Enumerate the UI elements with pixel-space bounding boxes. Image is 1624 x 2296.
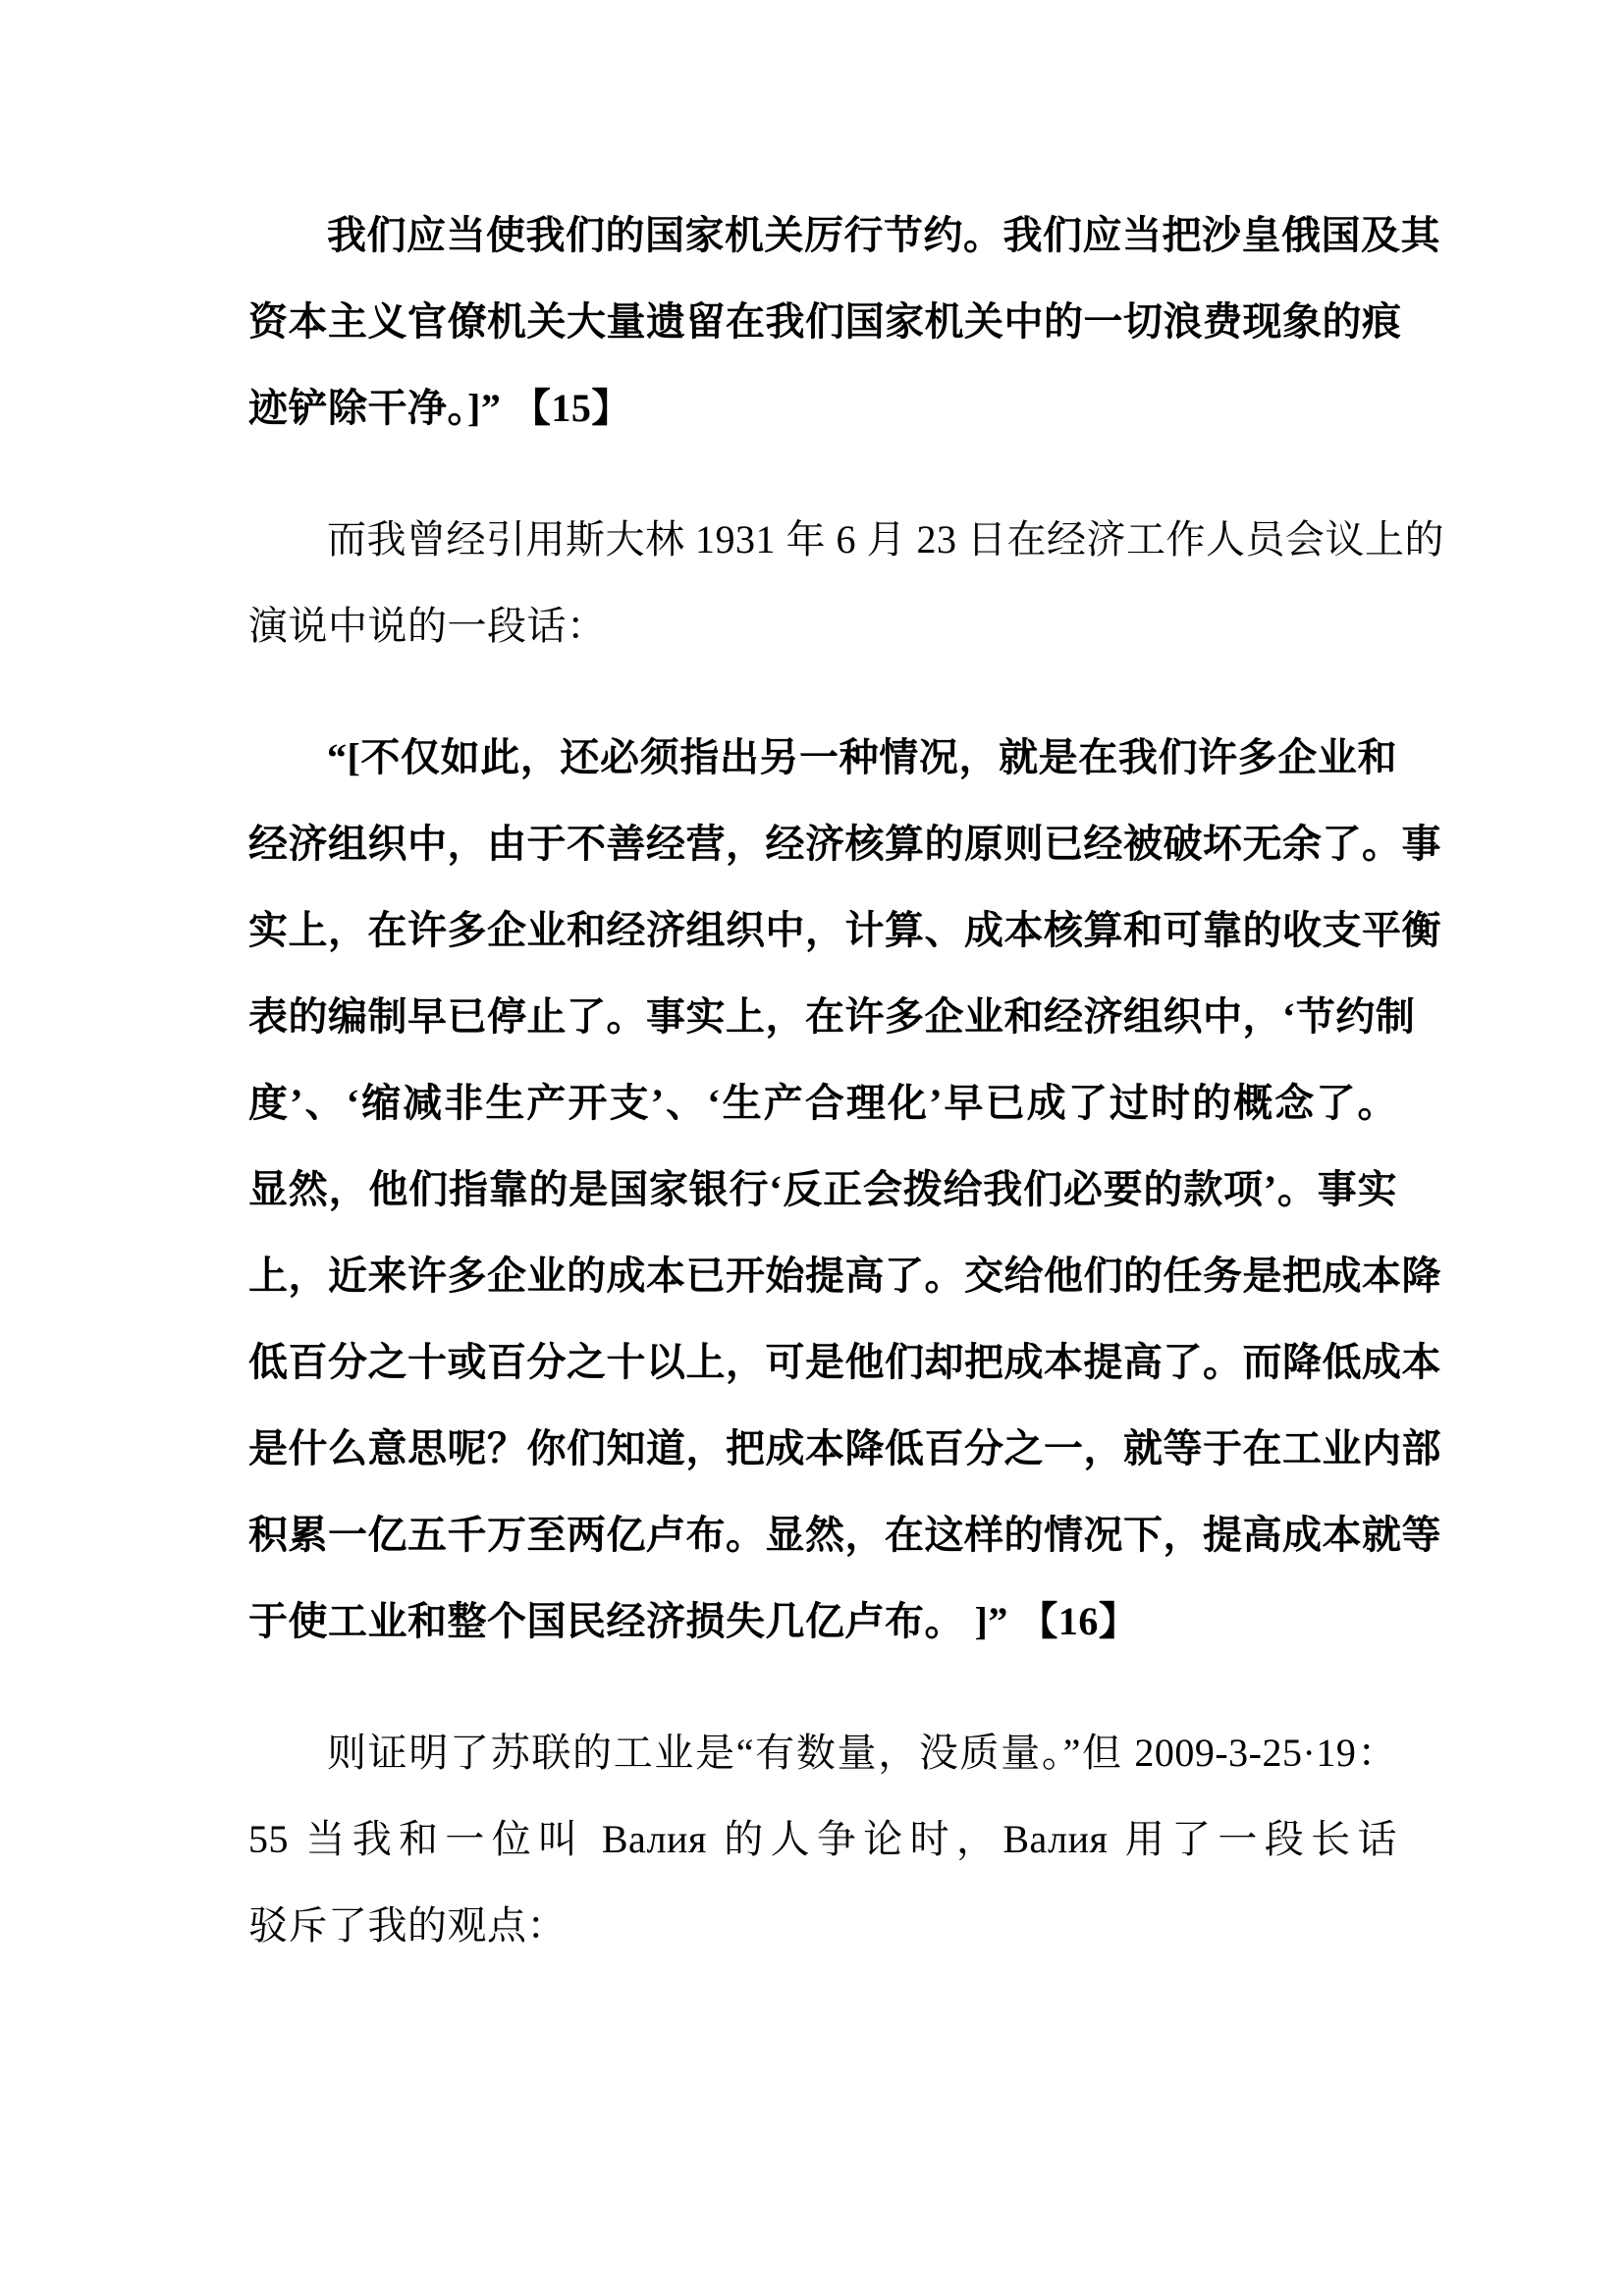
paragraph-quote-16: “[不仅如此，还必须指出另一种情况，就是在我们许多企业和经济组织中，由于不善经营… <box>248 715 1397 1665</box>
text-line: 演说中说的一段话： <box>248 583 1397 669</box>
text-line: 低百分之十或百分之十以上，可是他们却把成本提高了。而降低成本 <box>248 1319 1397 1406</box>
paragraph-narration-valiya: 则证明了苏联的工业是“有数量，没质量。”但 2009-3-25·19：55 当我… <box>248 1710 1397 1969</box>
text-line: 于使工业和整个国民经济损失几亿卢布。 ]” 【16】 <box>248 1578 1397 1665</box>
paragraph-narration-stalin-intro: 而我曾经引用斯大林 1931 年 6 月 23 日在经济工作人员会议上的演说中说… <box>248 497 1397 669</box>
paragraph-quote-15: 我们应当使我们的国家机关厉行节约。我们应当把沙皇俄国及其资本主义官僚机关大量遗留… <box>248 192 1397 452</box>
text-line: 积累一亿五千万至两亿卢布。显然，在这样的情况下，提高成本就等 <box>248 1492 1397 1578</box>
text-line: 表的编制早已停止了。事实上，在许多企业和经济组织中，‘节约制 <box>248 974 1397 1060</box>
text-line: 我们应当使我们的国家机关厉行节约。我们应当把沙皇俄国及其 <box>248 192 1397 279</box>
text-line: 迹铲除干净。]” 【15】 <box>248 365 1397 452</box>
text-line: 度’、‘缩减非生产开支’、‘生产合理化’早已成了过时的概念了。 <box>248 1060 1397 1147</box>
text-line: 实上，在许多企业和经济组织中，计算、成本核算和可靠的收支平衡 <box>248 887 1397 974</box>
text-line: 上，近来许多企业的成本已开始提高了。交给他们的任务是把成本降 <box>248 1233 1397 1319</box>
text-line: 则证明了苏联的工业是“有数量，没质量。”但 2009-3-25·19： <box>248 1710 1397 1796</box>
text-line: 而我曾经引用斯大林 1931 年 6 月 23 日在经济工作人员会议上的 <box>248 497 1397 583</box>
text-line: 是什么意思呢？你们知道，把成本降低百分之一，就等于在工业内部 <box>248 1406 1397 1492</box>
document-body: 我们应当使我们的国家机关厉行节约。我们应当把沙皇俄国及其资本主义官僚机关大量遗留… <box>248 192 1397 2014</box>
text-line: 资本主义官僚机关大量遗留在我们国家机关中的一切浪费现象的痕 <box>248 279 1397 365</box>
document-page: 我们应当使我们的国家机关厉行节约。我们应当把沙皇俄国及其资本主义官僚机关大量遗留… <box>0 0 1624 2296</box>
text-line: 显然，他们指靠的是国家银行‘反正会拨给我们必要的款项’。事实 <box>248 1147 1397 1233</box>
text-line: “[不仅如此，还必须指出另一种情况，就是在我们许多企业和 <box>248 715 1397 801</box>
text-line: 55 当我和一位叫 Валия 的人争论时，Валия 用了一段长话 <box>248 1796 1397 1883</box>
text-line: 经济组织中，由于不善经营，经济核算的原则已经被破坏无余了。事 <box>248 801 1397 887</box>
text-line: 驳斥了我的观点： <box>248 1883 1397 1969</box>
